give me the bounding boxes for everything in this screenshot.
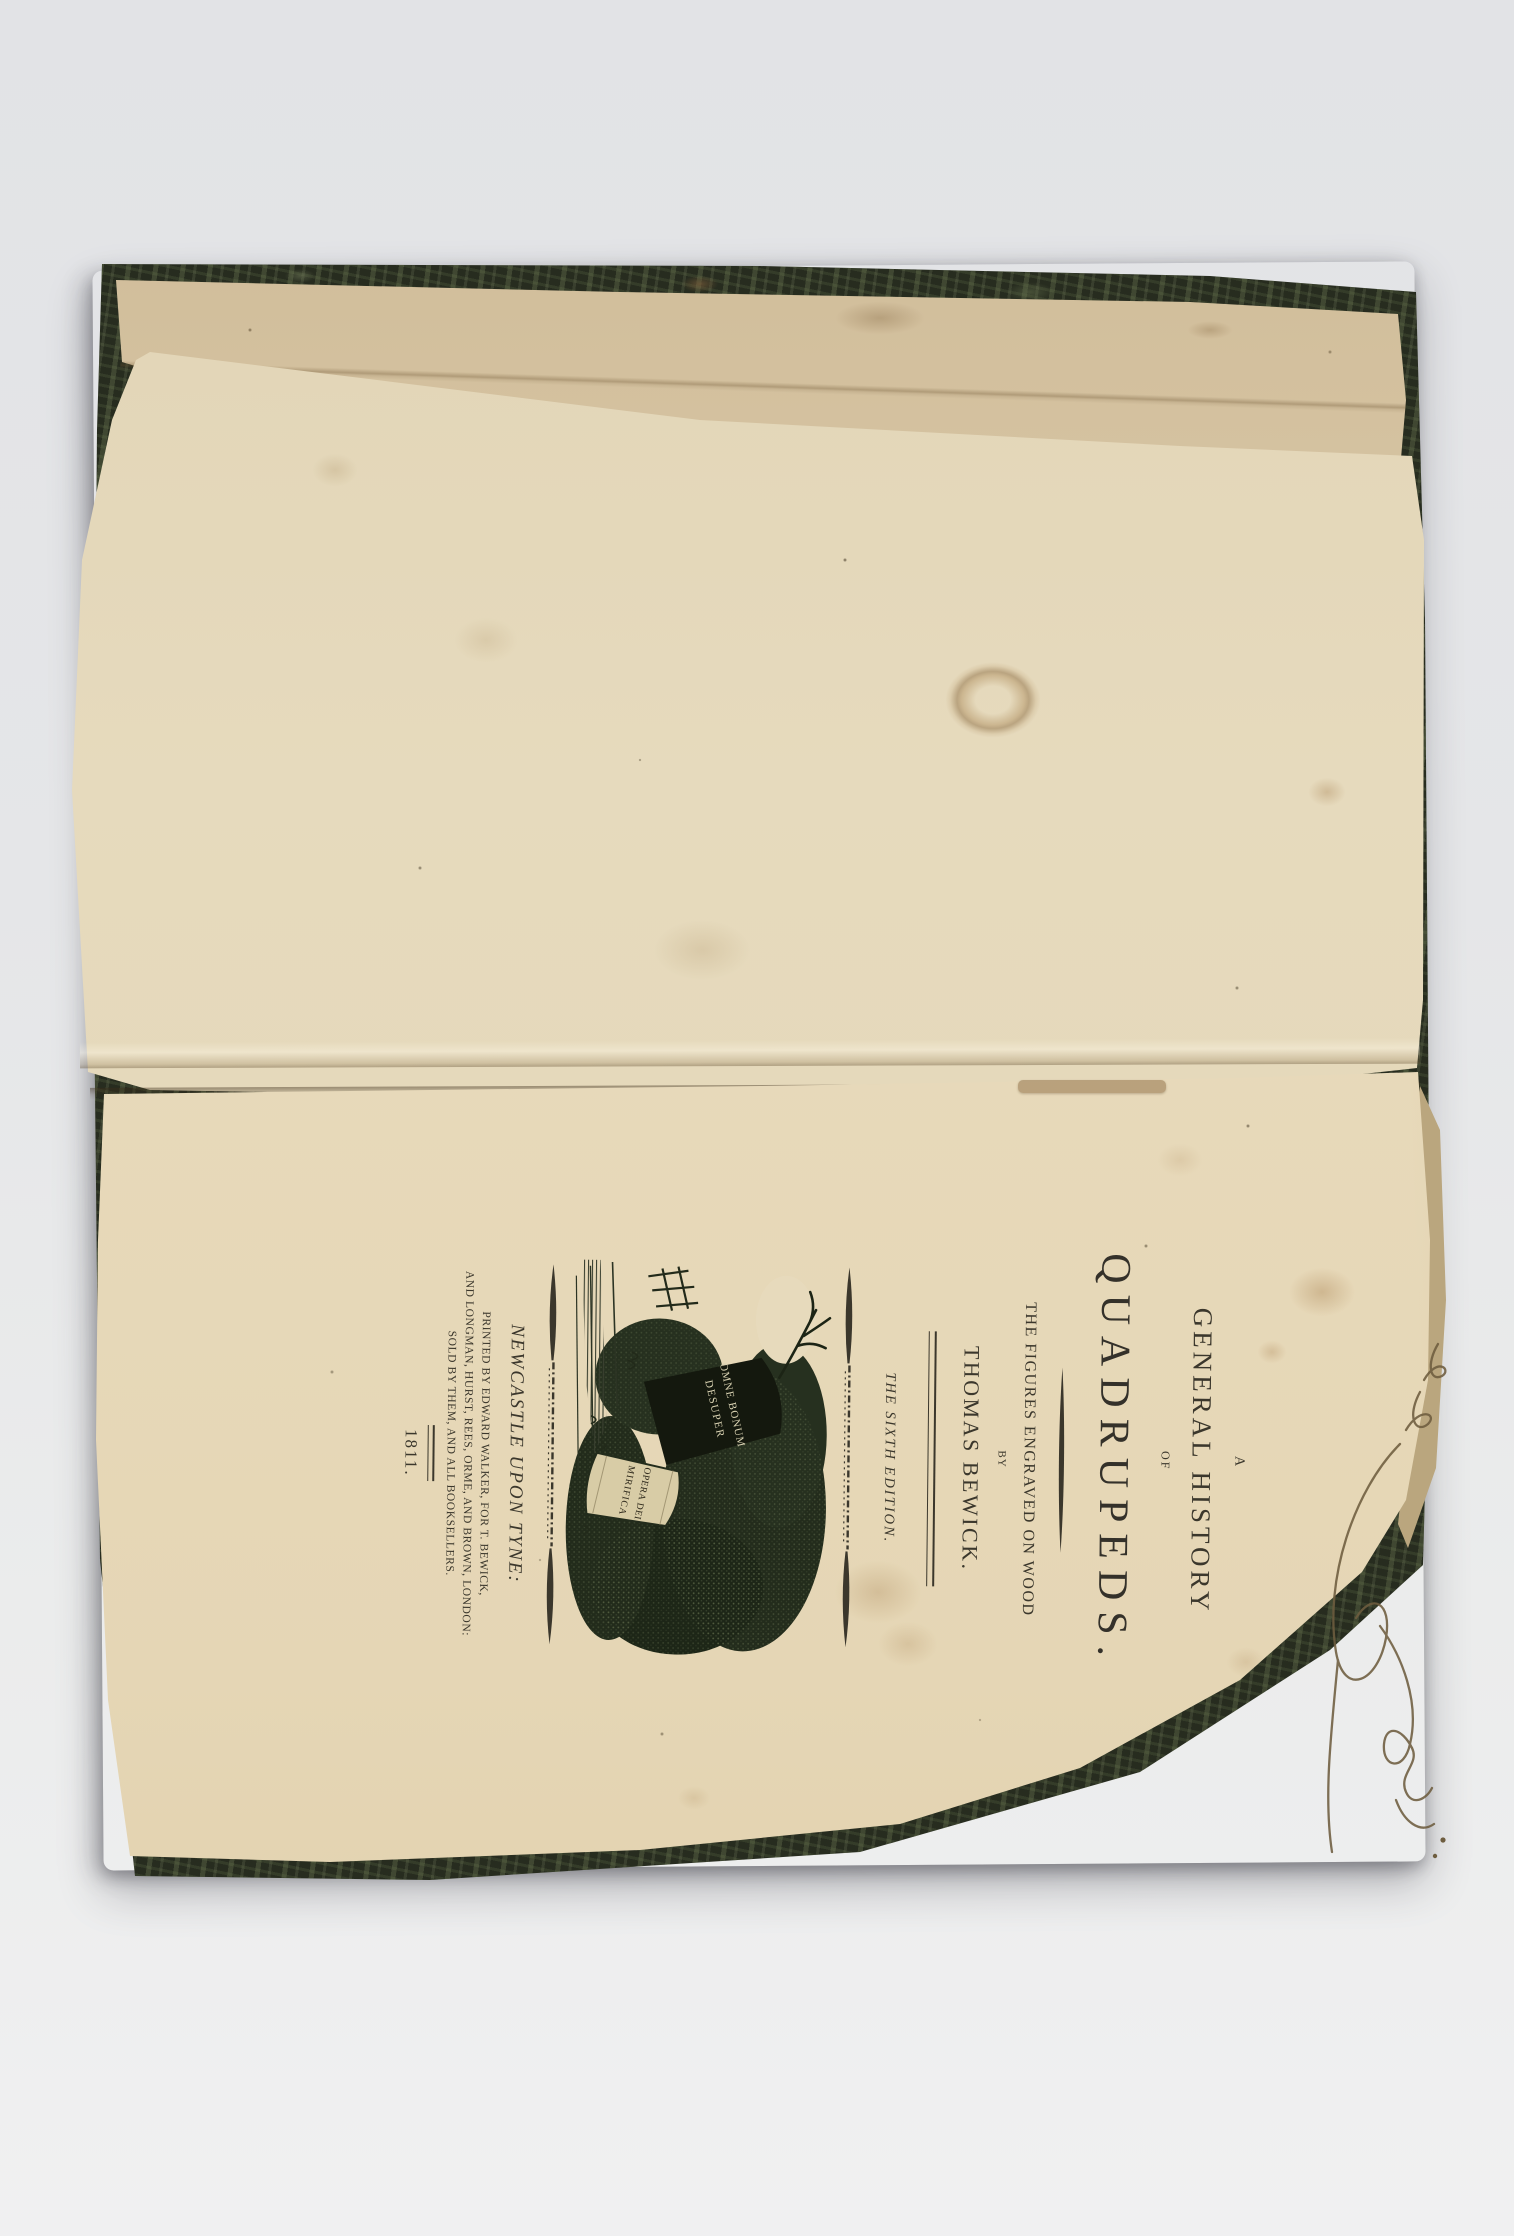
blank-leaf-fold-edge [80,1038,1420,1069]
binding-glue-remnant [1018,1080,1166,1093]
ornamental-rule-icon [543,1264,561,1644]
short-rule-icon [427,1425,435,1481]
imprint-city-line: NEWCASTLE UPON TYNE: [503,1324,528,1584]
imprint-line: PRINTED BY EDWARD WALKER, FOR T. BEWICK, [477,1311,492,1596]
handwritten-signature [1280,1330,1456,1878]
title-page-letterpress: A GENERAL HISTORY OF QUADRUPEDS. THE FIG… [263,1196,1253,1716]
imprint-line: AND LONGMAN, HURST, REES, ORME, AND BROW… [460,1271,476,1636]
half-title-line: A [1230,1456,1246,1467]
ornamental-rule-icon [839,1267,857,1647]
edition-line: THE SIXTH EDITION. [880,1372,899,1543]
series-title-line: GENERAL HISTORY [1184,1308,1218,1615]
main-title-line: QUADRUPEDS. [1087,1253,1139,1667]
swelled-rule-icon [1057,1367,1067,1552]
title-vignette-engraving: OMNE BONUM DESUPER OPERA DEI MIRIFICA [558,1255,838,1656]
author-line: THOMAS BEWICK. [956,1346,984,1572]
double-rule-icon [926,1331,937,1586]
by-word: BY [995,1450,1007,1467]
imprint-year: 1811. [400,1429,420,1477]
imprint-line: SOLD BY THEM, AND ALL BOOKSELLERS. [443,1331,458,1576]
photo-of-antique-book: { "photo": { "subject": "Antique book ph… [0,0,1514,2236]
of-word: OF [1157,1451,1172,1470]
subtitle-line: THE FIGURES ENGRAVED ON WOOD [1018,1302,1039,1616]
